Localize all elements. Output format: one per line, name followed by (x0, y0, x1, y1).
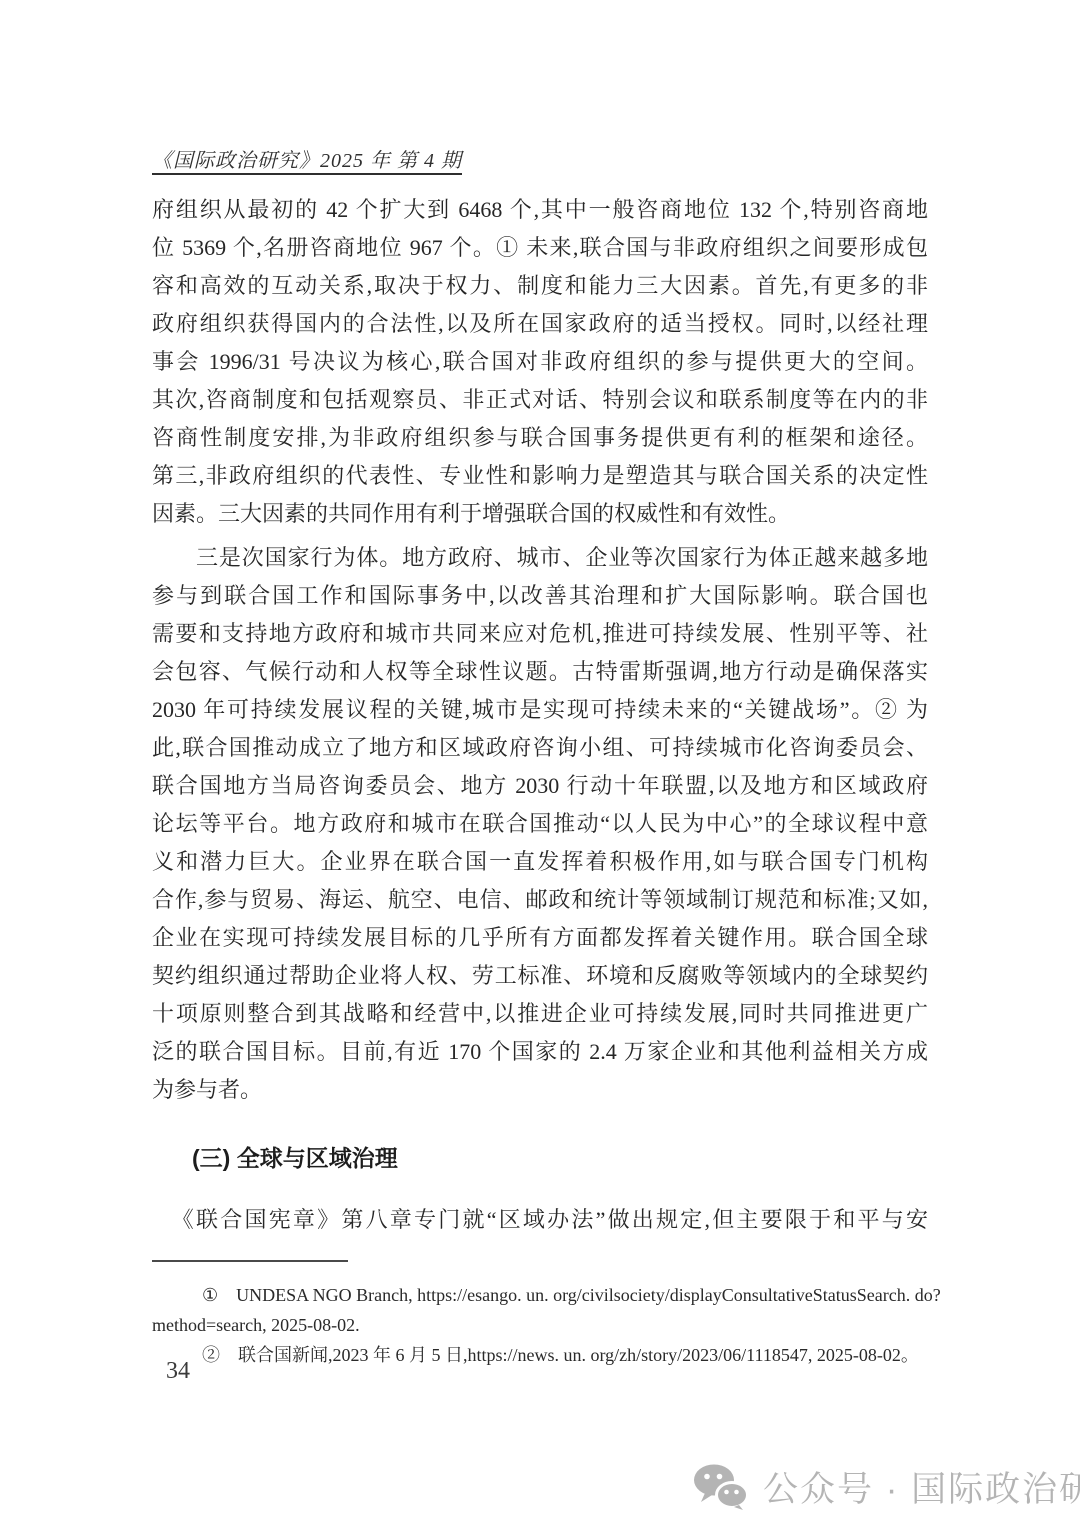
paragraph-subnational-actors: 三是次国家行为体。地方政府、城市、企业等次国家行为体正越来越多地 参与到联合国工… (152, 539, 928, 1109)
journal-page: 《国际政治研究》2025 年 第 4 期 府组织从最初的 42 个扩大到 646… (0, 0, 1080, 1527)
section-heading-global-regional-governance: (三) 全球与区域治理 (152, 1139, 928, 1177)
text-line: 其次,咨商制度和包括观察员、非正式对话、特别会议和联系制度等在内的非 (152, 381, 928, 419)
text-line: 政府组织获得国内的合法性,以及所在国家政府的适当授权。同时,以经社理 (152, 305, 928, 343)
text-line: 咨商性制度安排,为非政府组织参与联合国事务提供更有利的框架和途径。 (152, 419, 928, 457)
text-line: 三是次国家行为体。地方政府、城市、企业等次国家行为体正越来越多地 (152, 539, 928, 577)
page-number: 34 (166, 1358, 190, 1385)
text-line: 需要和支持地方政府和城市共同来应对危机,推进可持续发展、性别平等、社 (152, 615, 928, 653)
watermark: 公众号 · 国际政治研究 (693, 1462, 1080, 1512)
text-line: 参与到联合国工作和国际事务中,以改善其治理和扩大国际影响。联合国也 (152, 577, 928, 615)
footnote-1-line-1: ① UNDESA NGO Branch, https://esango. un.… (152, 1280, 942, 1310)
text-line: 府组织从最初的 42 个扩大到 6468 个,其中一般咨商地位 132 个,特别… (152, 191, 928, 229)
wechat-icon (693, 1464, 749, 1510)
footnote-1-line-2: method=search, 2025-08-02. (152, 1310, 942, 1340)
footnotes: ① UNDESA NGO Branch, https://esango. un.… (152, 1280, 942, 1370)
text-line: 会包容、气候行动和人权等全球性议题。古特雷斯强调,地方行动是确保落实 (152, 653, 928, 691)
text-line: 位 5369 个,名册咨商地位 967 个。① 未来,联合国与非政府组织之间要形… (152, 229, 928, 267)
paragraph-un-charter: 《联合国宪章》第八章专门就“区域办法”做出规定,但主要限于和平与安 (152, 1201, 928, 1239)
watermark-text: 公众号 · 国际政治研究 (763, 1462, 1080, 1512)
text-line: 2030 年可持续发展议程的关键,城市是实现可持续未来的“关键战场”。② 为 (152, 691, 928, 729)
footnote-2: ② 联合国新闻,2023 年 6 月 5 日,https://news. un.… (152, 1340, 942, 1370)
text-line: 《联合国宪章》第八章专门就“区域办法”做出规定,但主要限于和平与安 (152, 1201, 928, 1239)
text-line: 为参与者。 (152, 1071, 928, 1109)
text-line: 论坛等平台。地方政府和城市在联合国推动“以人民为中心”的全球议程中意 (152, 805, 928, 843)
text-line: 联合国地方当局咨询委员会、地方 2030 行动十年联盟,以及地方和区域政府 (152, 767, 928, 805)
text-line: 容和高效的互动关系,取决于权力、制度和能力三大因素。首先,有更多的非 (152, 267, 928, 305)
text-line: 第三,非政府组织的代表性、专业性和影响力是塑造其与联合国关系的决定性 (152, 457, 928, 495)
text-line: 泛的联合国目标。目前,有近 170 个国家的 2.4 万家企业和其他利益相关方成 (152, 1033, 928, 1071)
footnote-separator (152, 1260, 348, 1262)
article-body: 府组织从最初的 42 个扩大到 6468 个,其中一般咨商地位 132 个,特别… (152, 191, 928, 1239)
paragraph-ngo-factors: 府组织从最初的 42 个扩大到 6468 个,其中一般咨商地位 132 个,特别… (152, 191, 928, 533)
text-line: 此,联合国推动成立了地方和区域政府咨询小组、可持续城市化咨询委员会、 (152, 729, 928, 767)
text-line: 合作,参与贸易、海运、航空、电信、邮政和统计等领域制订规范和标准;又如, (152, 881, 928, 919)
text-line: 契约组织通过帮助企业将人权、劳工标准、环境和反腐败等领域内的全球契约 (152, 957, 928, 995)
text-line: 十项原则整合到其战略和经营中,以推进企业可持续发展,同时共同推进更广 (152, 995, 928, 1033)
text-line: 企业在实现可持续发展目标的几乎所有方面都发挥着关键作用。联合国全球 (152, 919, 928, 957)
text-line: 因素。三大因素的共同作用有利于增强联合国的权威性和有效性。 (152, 495, 928, 533)
text-line: 事会 1996/31 号决议为核心,联合国对非政府组织的参与提供更大的空间。 (152, 343, 928, 381)
journal-header: 《国际政治研究》2025 年 第 4 期 (152, 144, 462, 173)
text-line: 义和潜力巨大。企业界在联合国一直发挥着积极作用,如与联合国专门机构 (152, 843, 928, 881)
